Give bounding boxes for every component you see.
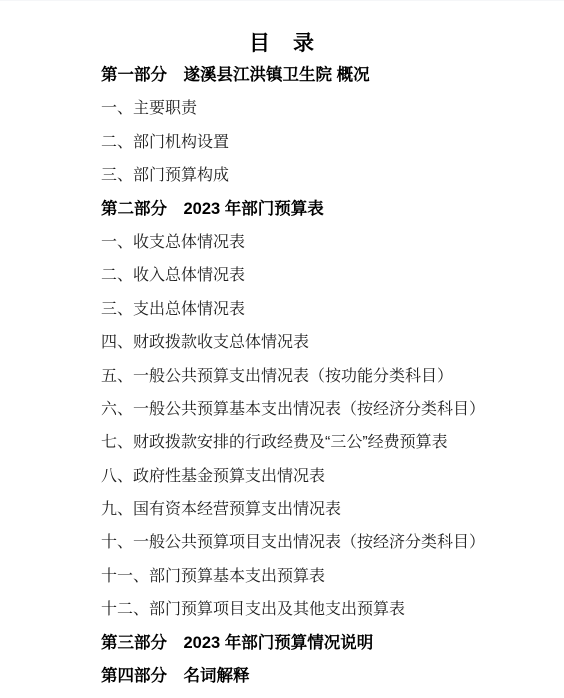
toc-entry: 三、支出总体情况表	[101, 293, 544, 326]
toc-entry: 六、一般公共预算基本支出情况表（按经济分类科目）	[101, 393, 544, 426]
table-of-contents: 第一部分 遂溪县江洪镇卫生院 概况 一、主要职责 二、部门机构设置 三、部门预算…	[0, 59, 564, 693]
toc-title: 目 录	[0, 30, 564, 58]
toc-entry: 十、一般公共预算项目支出情况表（按经济分类科目）	[101, 526, 544, 559]
toc-entry: 二、收入总体情况表	[101, 259, 544, 292]
toc-entry: 一、主要职责	[101, 92, 544, 125]
toc-entry: 十一、部门预算基本支出预算表	[101, 560, 544, 593]
toc-entry: 四、财政拨款收支总体情况表	[101, 326, 544, 359]
toc-section-heading-part4: 第四部分 名词解释	[101, 660, 544, 693]
toc-entry: 十二、部门预算项目支出及其他支出预算表	[101, 593, 544, 626]
toc-section-heading-part1: 第一部分 遂溪县江洪镇卫生院 概况	[101, 59, 544, 92]
toc-entry: 七、财政拨款安排的行政经费及“三公”经费预算表	[101, 426, 544, 459]
document-page: 目 录 第一部分 遂溪县江洪镇卫生院 概况 一、主要职责 二、部门机构设置 三、…	[0, 1, 564, 698]
toc-entry: 二、部门机构设置	[101, 126, 544, 159]
toc-entry: 五、一般公共预算支出情况表（按功能分类科目）	[101, 360, 544, 393]
toc-section-heading-part3: 第三部分 2023 年部门预算情况说明	[101, 627, 544, 660]
toc-entry: 九、国有资本经营预算支出情况表	[101, 493, 544, 526]
toc-section-heading-part2: 第二部分 2023 年部门预算表	[101, 193, 544, 226]
toc-entry: 八、政府性基金预算支出情况表	[101, 460, 544, 493]
toc-entry: 一、收支总体情况表	[101, 226, 544, 259]
toc-entry: 三、部门预算构成	[101, 159, 544, 192]
